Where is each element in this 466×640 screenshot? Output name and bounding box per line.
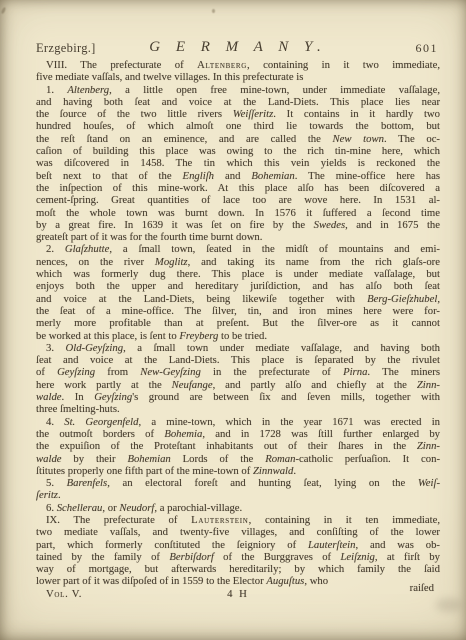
text-line: the inſpection of this mine-work. At thi… — [36, 182, 440, 194]
text-line: the outmoſt borders of Bohemia, and in 1… — [36, 428, 440, 440]
smallcaps-text: Lauterstein — [191, 514, 248, 526]
body-text: . — [293, 465, 296, 477]
text-line: walde by their Bohemian Lords of the Rom… — [36, 453, 440, 465]
body-text: , and partly alſo and chiefly at the — [213, 379, 417, 391]
body-text: , and in 1675 the — [345, 219, 440, 231]
italic-text: Bohemia — [164, 428, 202, 440]
italic-text: Freyberg — [179, 330, 218, 342]
paragraph: 2. Glaſzhutte, a ſmall town, ſeated in t… — [36, 243, 440, 341]
text-line: three ſmelting-huts. — [36, 403, 440, 415]
text-line: greateſt part of it was for the fourth t… — [36, 231, 440, 243]
italic-text: New-Geyſzing — [140, 366, 201, 378]
text-line: 5. Barenfels, an electoral foreſt and hu… — [36, 477, 440, 489]
scan-speck — [1, 7, 7, 15]
paragraph: 3. Old-Geyſzing, a ſmall town under medi… — [36, 342, 440, 416]
paragraph: IX. The prefecturate of Lauterstein, con… — [36, 514, 440, 588]
italic-text: Geyſzing — [94, 391, 132, 403]
body-text: the outmoſt borders of — [36, 428, 164, 440]
italic-text: St. Georgenfeld — [64, 416, 138, 428]
italic-text: Zinnwald — [253, 465, 293, 477]
body-text: . The mine-office here has — [295, 170, 440, 182]
italic-text: Berg-Gieſzhubel — [367, 293, 437, 305]
text-line: of Geyſzing from New-Geyſzing in the pre… — [36, 366, 440, 378]
body-text: and voice at the Land-Diets, being likew… — [36, 293, 367, 305]
italic-text: New town — [333, 133, 384, 145]
body-text: greateſt part of it was for the fourth t… — [36, 231, 262, 243]
text-line: 2. Glaſzhutte, a ſmall town, ſeated in t… — [36, 243, 440, 255]
page-header: Erzgebirg.] G E R M A N Y. 601 — [36, 39, 440, 56]
body-text: . It contains in it hardly two — [273, 108, 440, 120]
italic-text: Zinn- — [417, 379, 440, 391]
text-line: 3. Old-Geyſzing, a ſmall town under medi… — [36, 342, 440, 354]
italic-text: Pirna — [343, 366, 367, 378]
body-text: the ſource of the two little rivers — [36, 108, 233, 120]
text-line: was diſcovered in 1458. The tin which th… — [36, 157, 440, 169]
text-line: merly more profitable than at preſent. B… — [36, 317, 440, 329]
book-page: Erzgebirg.] G E R M A N Y. 601 VIII. The… — [0, 0, 466, 640]
page-footer: Vol. V. 4 H raiſed — [36, 588, 440, 602]
italic-text: Bohemian — [127, 453, 170, 465]
text-block: VIII. The prefecturate of Altenberg, con… — [36, 59, 440, 588]
body-text: , and was ob- — [355, 539, 440, 551]
text-line: moſt the whole town was burnt down. In 1… — [36, 207, 440, 219]
body-text: three ſmelting-huts. — [36, 403, 120, 415]
body-text: cement-ſpring. Great quantities of lace … — [36, 194, 440, 206]
body-text: and — [214, 170, 251, 182]
text-line: the ſeat of a mine-office. The ſilver, t… — [36, 305, 440, 317]
body-text: from — [95, 366, 140, 378]
italic-text: walde — [36, 453, 62, 465]
body-text: by a great fire. In 1639 it was ſet on f… — [36, 219, 314, 231]
body-text: , — [437, 293, 440, 305]
paragraph: 4. St. Georgenfeld, a mine-town, which i… — [36, 416, 440, 477]
body-text: IX. The prefecturate of — [46, 514, 191, 526]
text-line: be worked at this place, is ſent to Frey… — [36, 330, 440, 342]
body-text: be worked at this place, is ſent to — [36, 330, 179, 342]
italic-text: Auguſtus — [266, 575, 304, 587]
text-line: and voice at the Land-Diets, being likew… — [36, 293, 440, 305]
body-text: 2. — [46, 243, 65, 255]
text-line: lower part of it was diſpoſed of in 1559… — [36, 575, 440, 587]
body-text: , a ſmall town, ſeated in the midſt of m… — [109, 243, 440, 255]
text-line: ſeritz. — [36, 489, 440, 501]
italic-text: Leiſznig — [340, 551, 374, 563]
text-line: hundred houſes, of which almoſt one thir… — [36, 120, 440, 132]
text-line: way of mortgage, but afterwards heredita… — [36, 563, 440, 575]
body-text: . The miners — [367, 366, 440, 378]
text-line: five mediate vaſſals, and twelve village… — [36, 71, 440, 83]
paragraph: VIII. The prefecturate of Altenberg, con… — [36, 59, 440, 84]
text-line: by a great fire. In 1639 it was ſet on f… — [36, 219, 440, 231]
body-text: here work partly at the — [36, 379, 172, 391]
text-line: tained by the family of Berbiſdorf of th… — [36, 551, 440, 563]
text-line: nences, on the river Moglitz, and taking… — [36, 256, 440, 268]
body-text: -catholic perſuaſion. It con- — [295, 453, 440, 465]
text-line: part, which formerly conſtituted the ſei… — [36, 539, 440, 551]
body-text: which was formerly dug there. This place… — [36, 268, 440, 280]
text-line: and having both ſeat and voice at the La… — [36, 96, 440, 108]
text-line: ſtitutes properly one fifth part of the … — [36, 465, 440, 477]
body-text: 3. — [46, 342, 66, 354]
text-line: IX. The prefecturate of Lauterstein, con… — [36, 514, 440, 526]
italic-text: Roman — [265, 453, 295, 465]
italic-text: ſeritz — [36, 489, 58, 501]
paragraph: 5. Barenfels, an electoral foreſt and hu… — [36, 477, 440, 502]
body-text: lower part of it was diſpoſed of in 1559… — [36, 575, 266, 587]
scan-speck — [212, 9, 215, 13]
body-text: VIII. The prefecturate of — [46, 59, 197, 71]
text-line: which was formerly dug there. This place… — [36, 268, 440, 280]
body-text: , containing in it ten immediate, — [249, 514, 440, 526]
text-line: cement-ſpring. Great quantities of lace … — [36, 194, 440, 206]
body-text: moſt the whole town was burnt down. In 1… — [36, 207, 440, 219]
body-text: 5. — [46, 477, 67, 489]
italic-text: Altenberg — [67, 84, 109, 96]
text-line: the ſource of the two little rivers Weiſ… — [36, 108, 440, 120]
catchword: raiſed — [410, 582, 434, 594]
text-line: beſt next to that of the Engliſh and Boh… — [36, 170, 440, 182]
body-text: , who — [304, 575, 328, 587]
body-text: 4. — [46, 416, 64, 428]
body-text: and having both ſeat and voice at the La… — [36, 96, 440, 108]
body-text: caſion of building this place was owing … — [36, 145, 440, 157]
body-text: part, which formerly conſtituted the ſei… — [36, 539, 308, 551]
body-text: ſtitutes properly one fifth part of the … — [36, 465, 253, 477]
text-line: here work partly at the Neufange, and pa… — [36, 379, 440, 391]
text-line: walde. In Geyſzing's ground are between … — [36, 391, 440, 403]
body-text: the inſpection of this mine-work. At thi… — [36, 182, 440, 194]
italic-text: walde — [36, 391, 62, 403]
body-text: , or — [102, 502, 119, 514]
text-line: 4. St. Georgenfeld, a mine-town, which i… — [36, 416, 440, 428]
italic-text: Engliſh — [183, 170, 214, 182]
body-text: hundred houſes, of which almoſt one thir… — [36, 120, 440, 132]
page-title: G E R M A N Y. — [36, 39, 440, 56]
body-text: the reſt ſtand on an eminence, and are c… — [36, 133, 333, 145]
text-line: ſeat and voice at the Land-Diets. This p… — [36, 354, 440, 366]
text-line: caſion of building this place was owing … — [36, 145, 440, 157]
body-text: 6. — [46, 502, 57, 514]
body-text: , an electoral foreſt and hunting ſeat, … — [107, 477, 418, 489]
italic-text: Schellerau — [57, 502, 103, 514]
body-text: 's ground are between ſix and ſeven mill… — [132, 391, 440, 403]
italic-text: Berbiſdorf — [169, 551, 214, 563]
body-text: 1. — [46, 84, 67, 96]
italic-text: Lauterſtein — [308, 539, 356, 551]
signature-mark: 4 H — [36, 588, 440, 600]
text-line: two mediate vaſſals, and twenty-five vil… — [36, 526, 440, 538]
italic-text: Barenfels — [67, 477, 108, 489]
italic-text: Swedes — [314, 219, 345, 231]
body-text: . In — [62, 391, 95, 403]
smallcaps-text: Altenberg — [197, 59, 247, 71]
body-text: . — [58, 489, 61, 501]
body-text: the expuiſion of the Proteſtant inhabita… — [36, 440, 417, 452]
body-text: in the prefecturate of — [201, 366, 343, 378]
body-text: . The oc- — [384, 133, 440, 145]
text-line: the expuiſion of the Proteſtant inhabita… — [36, 440, 440, 452]
body-text: two mediate vaſſals, and twenty-five vil… — [36, 526, 440, 538]
italic-text: Weiſſeritz — [233, 108, 274, 120]
text-line: 1. Altenberg, a little open free mine-to… — [36, 84, 440, 96]
body-text: five mediate vaſſals, and twelve village… — [36, 71, 303, 83]
body-text: , a ſmall town under mediate vaſſalage, … — [123, 342, 440, 354]
text-line: VIII. The prefecturate of Altenberg, con… — [36, 59, 440, 71]
italic-text: Neudorf — [119, 502, 154, 514]
page-number: 601 — [416, 41, 439, 56]
body-text: of — [36, 366, 57, 378]
italic-text: Old-Geyſzing — [66, 342, 124, 354]
body-text: , containing in it two immediate, — [247, 59, 440, 71]
body-text: nences, on the river — [36, 256, 155, 268]
body-text: , and in 1728 was ſtill further enlarged… — [202, 428, 440, 440]
body-text: the ſeat of a mine-office. The ſilver, t… — [36, 305, 440, 317]
italic-text: Weiſ- — [418, 477, 440, 489]
text-line: the reſt ſtand on an eminence, and are c… — [36, 133, 440, 145]
paragraph: 6. Schellerau, or Neudorf, a parochial-v… — [36, 502, 440, 514]
body-text: , and taking its name from the rich glaſ… — [188, 256, 440, 268]
body-text: was diſcovered in 1458. The tin which th… — [36, 157, 440, 169]
body-text: Lords of the — [171, 453, 265, 465]
body-text: merly more profitable than at preſent. B… — [36, 317, 440, 329]
body-text: , at firſt by — [375, 551, 440, 563]
body-text: , a mine-town, which in the year 1671 wa… — [138, 416, 440, 428]
body-text: way of mortgage, but afterwards heredita… — [36, 563, 440, 575]
text-line: enjoys both the upper and hereditary jur… — [36, 280, 440, 292]
body-text: , a little open free mine-town, under im… — [109, 84, 440, 96]
italic-text: Moglitz — [155, 256, 188, 268]
body-text: by their — [62, 453, 128, 465]
italic-text: Geyſzing — [57, 366, 95, 378]
paragraph: 1. Altenberg, a little open free mine-to… — [36, 84, 440, 244]
body-text: , a parochial-village. — [154, 502, 242, 514]
body-text: to be tried. — [218, 330, 267, 342]
text-line: 6. Schellerau, or Neudorf, a parochial-v… — [36, 502, 440, 514]
italic-text: Glaſzhutte — [65, 243, 110, 255]
body-text: beſt next to that of the — [36, 170, 183, 182]
body-text: tained by the family of — [36, 551, 169, 563]
italic-text: Zinn- — [417, 440, 440, 452]
body-text: ſeat and voice at the Land-Diets. This p… — [36, 354, 440, 366]
italic-text: Bohemian — [251, 170, 294, 182]
body-text: enjoys both the upper and hereditary jur… — [36, 280, 440, 292]
italic-text: Neufange — [172, 379, 213, 391]
body-text: of the Burggraves of — [214, 551, 341, 563]
